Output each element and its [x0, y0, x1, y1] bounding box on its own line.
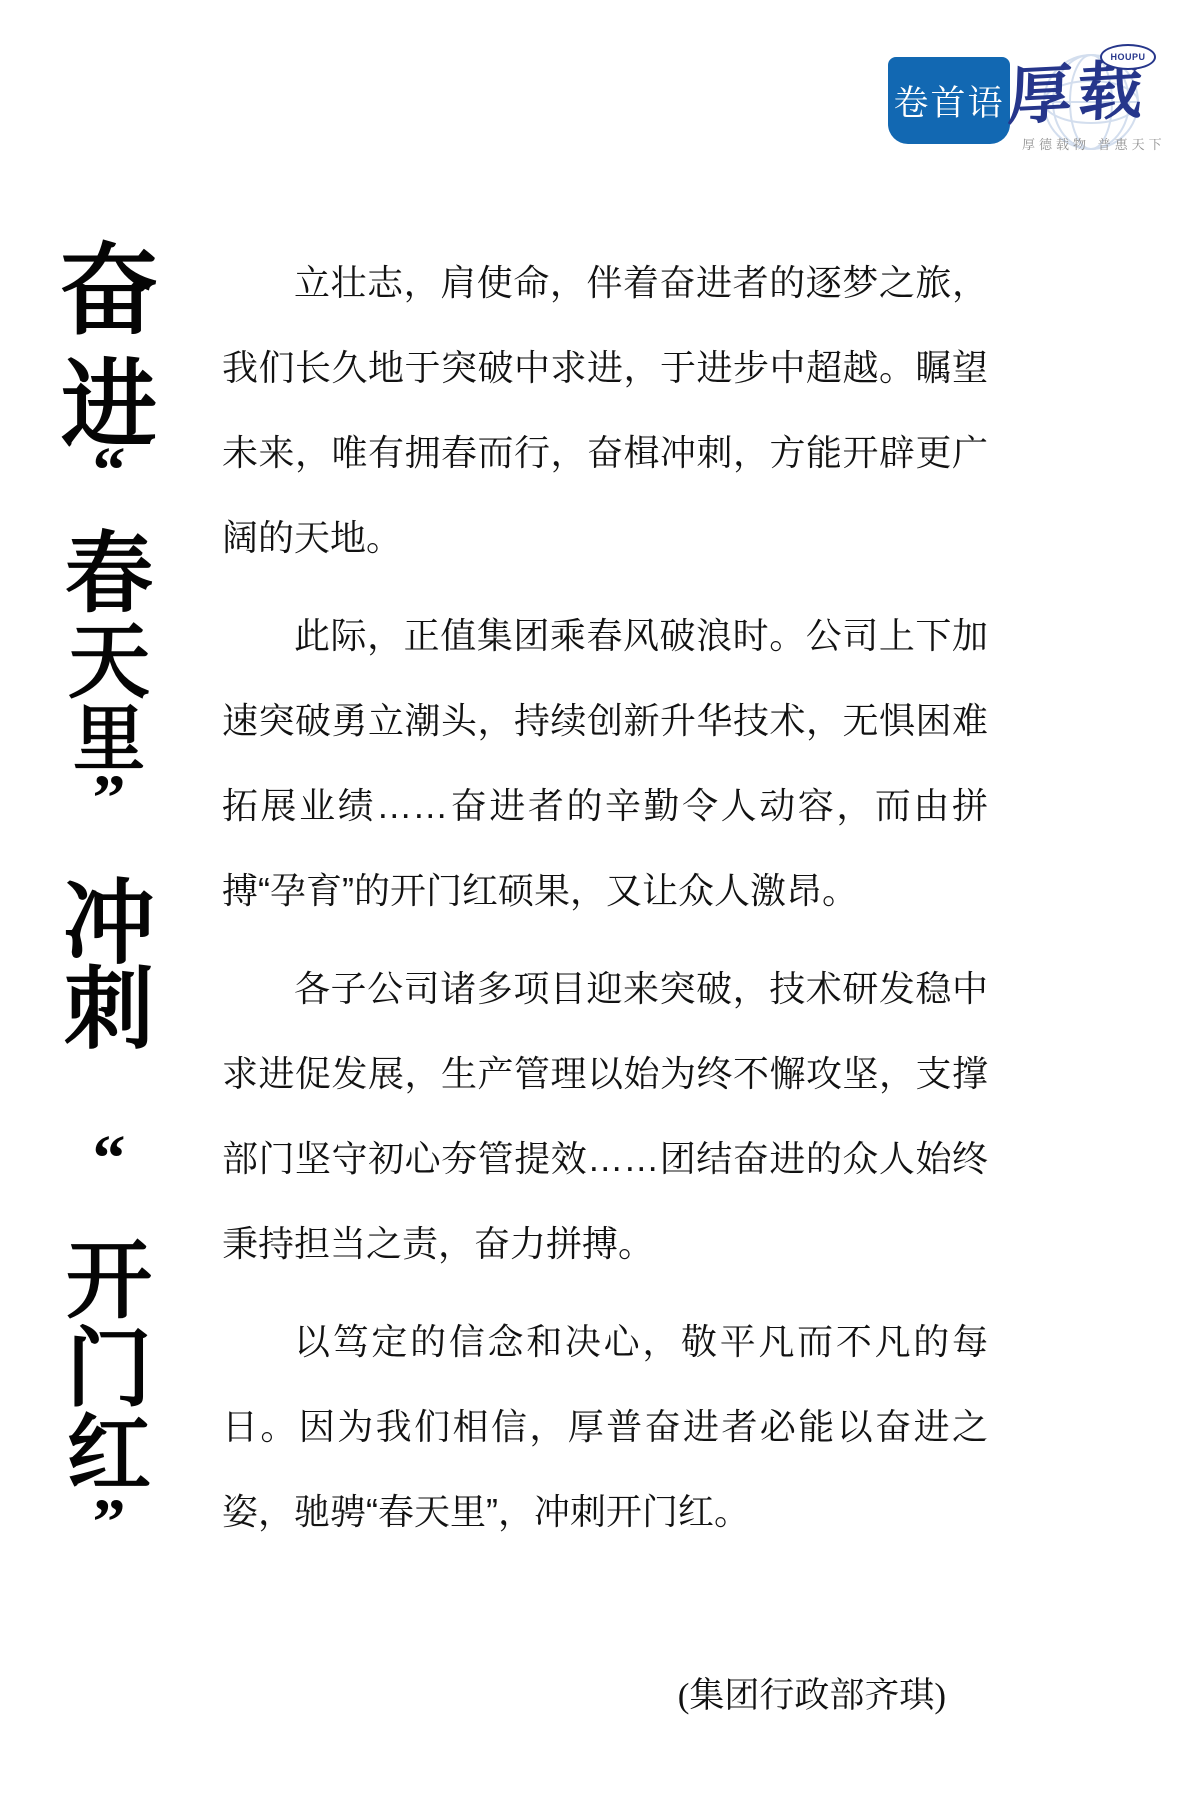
title-quote-close: ” — [50, 766, 168, 832]
article-body: 立壮志，肩使命，伴着奋进者的逐梦之旅，我们长久地于突破中求进，于进步中超越。瞩望… — [222, 240, 988, 1567]
paragraph: 此际，正值集团乘春风破浪时。公司上下加速突破勇立潮头，持续创新升华技术，无惧困难… — [222, 593, 988, 933]
title-char: 奋 — [50, 242, 168, 342]
houpu-oval-mark: HOUPU — [1100, 44, 1156, 70]
title-char: 冲 — [50, 878, 168, 970]
title-char: 门 — [50, 1326, 168, 1412]
title-quote-open: “ — [50, 1126, 168, 1192]
title-quote-open: “ — [50, 438, 168, 504]
title-char: 天 — [50, 622, 168, 704]
paragraph: 各子公司诸多项目迎来突破，技术研发稳中求进促发展，生产管理以始为终不懈攻坚，支撑… — [222, 946, 988, 1286]
paragraph: 立壮志，肩使命，伴着奋进者的逐梦之旅，我们长久地于突破中求进，于进步中超越。瞩望… — [222, 240, 988, 580]
title-char: 开 — [50, 1238, 168, 1324]
title-char: 刺 — [50, 966, 168, 1056]
section-badge: 卷首语 — [888, 57, 1010, 144]
attribution: (集团行政部齐琪) — [222, 1668, 988, 1718]
page: 卷首语 厚载 HOUPU 厚德载物 普惠天下 奋 进 “ 春 天 里 ” 冲 刺… — [0, 0, 1200, 1800]
brand-logo: 厚载 HOUPU 厚德载物 普惠天下 — [1008, 42, 1178, 157]
title-char: 春 — [50, 532, 168, 620]
brand-slogan: 厚德载物 普惠天下 — [1022, 134, 1166, 153]
paragraph: 以笃定的信念和决心，敬平凡而不凡的每日。因为我们相信，厚普奋进者必能以奋进之姿，… — [222, 1299, 988, 1554]
vertical-title: 奋 进 “ 春 天 里 ” 冲 刺 “ 开 门 红 ” — [50, 0, 168, 1800]
title-quote-close: ” — [50, 1490, 168, 1556]
